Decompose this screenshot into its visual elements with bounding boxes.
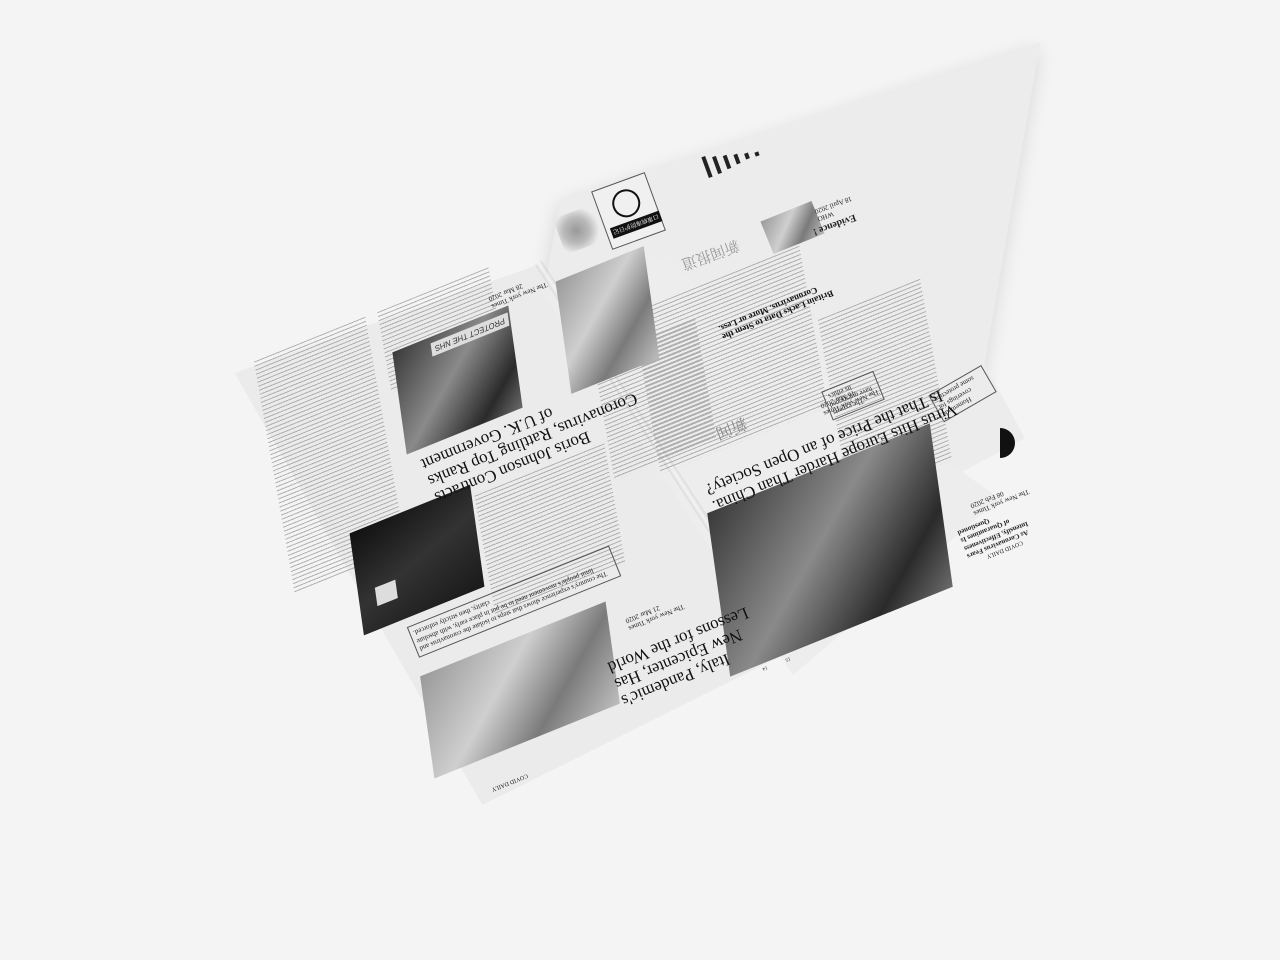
back-bar-chart [705,150,775,180]
left-page-number: 14 [761,663,768,670]
hand-virus-icon [608,185,644,221]
screen-inset [375,580,398,607]
